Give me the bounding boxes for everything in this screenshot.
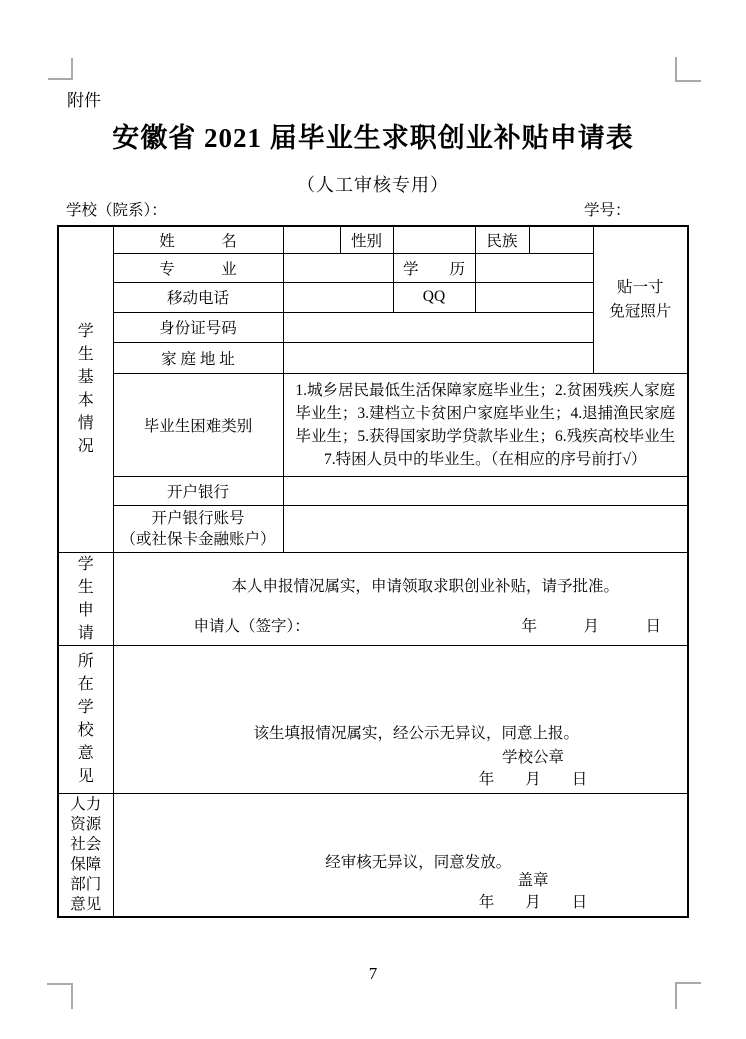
difficulty-line: 毕业生；3.建档立卡贫困户家庭毕业生；4.退捕渔民家庭 (284, 402, 688, 425)
id-number-label: 身份证号码 (113, 312, 283, 342)
page-title: 安徽省 2021 届毕业生求职创业补贴申请表 (0, 116, 746, 155)
page-subtitle: （人工审核专用） (0, 171, 746, 197)
school-opinion-date-blanks: 年 月 日 (477, 769, 589, 791)
attachment-label: 附件 (67, 86, 101, 111)
table-row: 所 在 学 校 意 见 该生填报情况属实，经公示无异议，同意上报。 学校公章 年… (58, 645, 688, 793)
hr-seal-label: 盖章 (477, 870, 589, 892)
hr-opinion-cell: 经审核无异议，同意发放。 盖章 年 月 日 (113, 793, 688, 917)
bank-account-value-cell (283, 505, 688, 552)
qq-value-cell (475, 282, 593, 312)
major-label: 专 业 (113, 253, 283, 282)
major-value-cell (283, 253, 393, 282)
page-number: 7 (0, 964, 746, 984)
mobile-value-cell (283, 282, 393, 312)
school-field-label: 学校（院系）： (66, 198, 167, 220)
mobile-label: 移动电话 (113, 282, 283, 312)
table-row: 开户银行 (58, 476, 688, 505)
ethnicity-label: 民族 (475, 226, 529, 253)
application-form-table: 学 生 基 本 情 况 姓 名 性别 民族 贴一寸 免冠照片 专 业 学 历 移… (57, 225, 689, 918)
student-id-label: 学号： (584, 198, 631, 220)
gender-value-cell (393, 226, 475, 253)
section-hr-opinion-label: 人力 资源 社会 保障 部门 意见 (59, 795, 113, 915)
section-school-opinion-label: 所 在 学 校 意 见 (59, 650, 113, 788)
education-value-cell (475, 253, 593, 282)
school-seal-block: 学校公章 年 月 日 (477, 747, 589, 791)
crop-mark-top-right (675, 57, 701, 82)
section-hr-opinion: 人力 资源 社会 保障 部门 意见 (58, 793, 113, 917)
qq-label: QQ (393, 282, 475, 312)
bank-value-cell (283, 476, 688, 505)
application-sign-row: 申请人（签字）： 年 月 日 (114, 614, 688, 636)
student-application-cell: 本人申报情况属实，申请领取求职创业补贴，请予批准。 申请人（签字）： 年 月 日 (113, 552, 688, 645)
table-row: 人力 资源 社会 保障 部门 意见 经审核无异议，同意发放。 盖章 年 月 日 (58, 793, 688, 917)
difficulty-line: 1.城乡居民最低生活保障家庭毕业生；2.贫困残疾人家庭 (284, 379, 688, 402)
photo-note: 贴一寸 免冠照片 (594, 276, 688, 324)
bank-account-label: 开户银行账号 （或社保卡金融账户） (113, 505, 283, 552)
school-opinion-statement: 该生填报情况属实，经公示无异议，同意上报。 (146, 724, 688, 744)
id-number-value-cell (283, 312, 593, 342)
section-student-application: 学 生 申 请 (58, 552, 113, 645)
applicant-signature-label: 申请人（签字）： (194, 614, 310, 636)
section-student-application-label: 学 生 申 请 (59, 553, 113, 645)
name-label: 姓 名 (113, 226, 283, 253)
crop-mark-top-left (48, 58, 73, 80)
address-label: 家 庭 地 址 (113, 342, 283, 373)
table-row: 学 生 基 本 情 况 姓 名 性别 民族 贴一寸 免冠照片 (58, 226, 688, 253)
school-seal-label: 学校公章 (477, 747, 589, 769)
table-row: 开户银行账号 （或社保卡金融账户） (58, 505, 688, 552)
name-value-cell (283, 226, 340, 253)
document-page: 附件 安徽省 2021 届毕业生求职创业补贴申请表 （人工审核专用） 学校（院系… (0, 0, 746, 1039)
section-student-info: 学 生 基 本 情 况 (58, 226, 113, 552)
difficulty-text-cell: 1.城乡居民最低生活保障家庭毕业生；2.贫困残疾人家庭 毕业生；3.建档立卡贫困… (283, 373, 688, 476)
difficulty-label: 毕业生困难类别 (113, 373, 283, 476)
crop-mark-bottom-right (675, 982, 701, 1009)
hr-seal-block: 盖章 年 月 日 (477, 870, 589, 914)
difficulty-line: 7.特困人员中的毕业生。（在相应的序号前打√） (284, 448, 688, 471)
section-school-opinion: 所 在 学 校 意 见 (58, 645, 113, 793)
school-opinion-cell: 该生填报情况属实，经公示无异议，同意上报。 学校公章 年 月 日 (113, 645, 688, 793)
difficulty-line: 毕业生；5.获得国家助学贷款毕业生；6.残疾高校毕业生 (284, 425, 688, 448)
ethnicity-value-cell (529, 226, 593, 253)
table-row: 学 生 申 请 本人申报情况属实，申请领取求职创业补贴，请予批准。 申请人（签字… (58, 552, 688, 645)
table-row: 毕业生困难类别 1.城乡居民最低生活保障家庭毕业生；2.贫困残疾人家庭 毕业生；… (58, 373, 688, 476)
section-student-info-label: 学 生 基 本 情 况 (59, 320, 113, 458)
gender-label: 性别 (340, 226, 393, 253)
application-statement: 本人申报情况属实，申请领取求职创业补贴，请予批准。 (164, 577, 688, 597)
bank-account-label-line1: 开户银行账号 (114, 508, 283, 529)
photo-cell: 贴一寸 免冠照片 (593, 226, 688, 373)
address-value-cell (283, 342, 593, 373)
hr-opinion-statement: 经审核无异议，同意发放。 (150, 853, 688, 873)
bank-label: 开户银行 (113, 476, 283, 505)
hr-opinion-date-blanks: 年 月 日 (477, 892, 589, 914)
education-label: 学 历 (393, 253, 475, 282)
crop-mark-bottom-left (47, 983, 73, 1009)
bank-account-label-line2: （或社保卡金融账户） (114, 529, 283, 550)
application-date-blanks: 年 月 日 (521, 614, 661, 636)
